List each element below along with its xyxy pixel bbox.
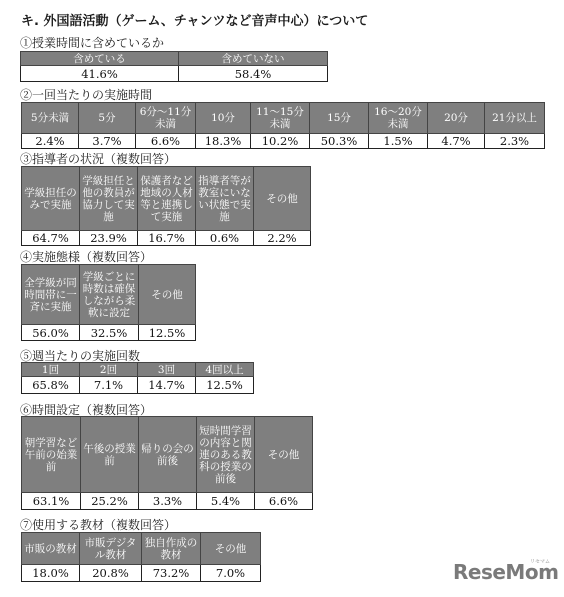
header-cell: 21分以上 [485, 103, 545, 134]
header-cell: 含めていない [179, 52, 328, 66]
value-cell: 2.2% [254, 231, 311, 246]
table-weekly-frequency: 1回 2回 3回 4回以上 65.8% 7.1% 14.7% 12.5% [21, 362, 254, 394]
header-cell: その他 [201, 533, 261, 565]
header-cell: その他 [139, 265, 196, 325]
header-cell: 独自作成の教材 [142, 533, 201, 565]
header-cell: 朝学習など午前の始業前 [22, 417, 81, 493]
table-duration: 5分未満 5分 6分～11分未満 10分 11～15分未満 15分 16～20分… [21, 102, 545, 149]
header-cell: 2回 [80, 363, 138, 377]
table-implementation: 全学級が同時間帯に一斉に実施 学級ごとに時数は確保しながら柔軟に設定 その他 5… [21, 264, 196, 341]
header-cell: 保護者など地域の人材等と連携して実施 [138, 167, 196, 231]
value-cell: 32.5% [80, 325, 139, 341]
header-cell: 市販の教材 [22, 533, 80, 565]
value-cell: 18.0% [22, 565, 80, 582]
resemom-logo: ReseMom [453, 560, 558, 584]
header-cell: 指導者等が教室にいない状態で実施 [196, 167, 254, 231]
section-2-label: ②一回当たりの実施時間 [20, 86, 152, 103]
section-3-label: ③指導者の状況（複数回答） [20, 150, 176, 167]
header-cell: 1回 [22, 363, 80, 377]
value-cell: 4.7% [428, 134, 485, 149]
header-cell: 短時間学習の内容と関連のある教科の授業の前後 [197, 417, 255, 493]
value-cell: 58.4% [179, 66, 328, 82]
header-cell: 全学級が同時間帯に一斉に実施 [22, 265, 80, 325]
section-7-label: ⑦使用する教材（複数回答） [20, 516, 176, 533]
value-cell: 23.9% [80, 231, 138, 246]
header-cell: 午後の授業前 [81, 417, 139, 493]
value-cell: 7.1% [80, 377, 138, 394]
header-cell: その他 [254, 167, 311, 231]
value-cell: 5.4% [197, 493, 255, 510]
value-cell: 12.5% [139, 325, 196, 341]
value-cell: 12.5% [196, 377, 254, 394]
header-cell: その他 [255, 417, 313, 493]
value-cell: 2.3% [485, 134, 545, 149]
header-cell: 11～15分未満 [251, 103, 310, 134]
value-cell: 2.4% [22, 134, 79, 149]
value-cell: 10.2% [251, 134, 310, 149]
header-cell: 帰りの会の前後 [139, 417, 197, 493]
header-cell: 5分 [79, 103, 136, 134]
header-cell: 4回以上 [196, 363, 254, 377]
header-cell: 市販デジタル教材 [80, 533, 142, 565]
value-cell: 50.3% [310, 134, 369, 149]
header-cell: 20分 [428, 103, 485, 134]
value-cell: 65.8% [22, 377, 80, 394]
header-cell: 学級担任のみで実施 [22, 167, 80, 231]
value-cell: 63.1% [22, 493, 81, 510]
table-class-time: 含めている 含めていない 41.6% 58.4% [20, 51, 328, 82]
table-time-setting: 朝学習など午前の始業前 午後の授業前 帰りの会の前後 短時間学習の内容と関連のあ… [21, 416, 313, 510]
value-cell: 18.3% [196, 134, 251, 149]
header-cell: 15分 [310, 103, 369, 134]
document-title: キ. 外国語活動（ゲーム、チャンツなど音声中心）について [21, 10, 368, 29]
value-cell: 41.6% [21, 66, 179, 82]
header-cell: 5分未満 [22, 103, 79, 134]
header-cell: 学級ごとに時数は確保しながら柔軟に設定 [80, 265, 139, 325]
value-cell: 56.0% [22, 325, 80, 341]
header-cell: 10分 [196, 103, 251, 134]
value-cell: 73.2% [142, 565, 201, 582]
value-cell: 25.2% [81, 493, 139, 510]
value-cell: 16.7% [138, 231, 196, 246]
header-cell: 16～20分未満 [369, 103, 428, 134]
value-cell: 0.6% [196, 231, 254, 246]
value-cell: 6.6% [136, 134, 196, 149]
value-cell: 7.0% [201, 565, 261, 582]
value-cell: 3.7% [79, 134, 136, 149]
value-cell: 3.3% [139, 493, 197, 510]
header-cell: 含めている [21, 52, 179, 66]
header-cell: 3回 [138, 363, 196, 377]
value-cell: 64.7% [22, 231, 80, 246]
section-1-label: ①授業時間に含めているか [20, 34, 164, 51]
table-materials: 市販の教材 市販デジタル教材 独自作成の教材 その他 18.0% 20.8% 7… [21, 532, 261, 582]
section-4-label: ④実施態様（複数回答） [20, 248, 152, 265]
table-instructor: 学級担任のみで実施 学級担任と他の教員が協力して実施 保護者など地域の人材等と連… [21, 166, 311, 246]
header-cell: 6分～11分未満 [136, 103, 196, 134]
value-cell: 6.6% [255, 493, 313, 510]
value-cell: 14.7% [138, 377, 196, 394]
value-cell: 1.5% [369, 134, 428, 149]
header-cell: 学級担任と他の教員が協力して実施 [80, 167, 138, 231]
value-cell: 20.8% [80, 565, 142, 582]
